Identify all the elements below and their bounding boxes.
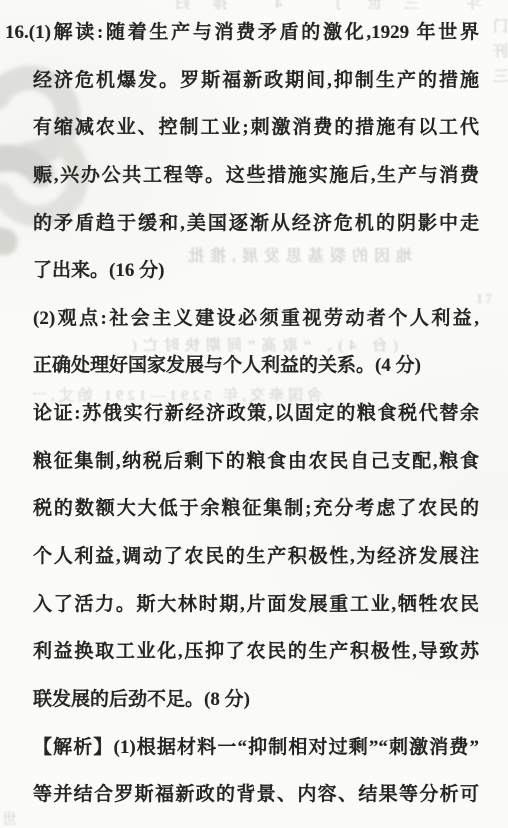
text-line-answer-2-start: (2)观点:社会主义建设必须重视劳动者个人利益, (33, 295, 479, 343)
text-line: 个人利益,调动了农民的生产积极性,为经济发展注 (33, 533, 479, 581)
text-line: 的矛盾趋于缓和,美国逐渐从经济危机的阴影中走 (33, 200, 479, 248)
text-line: 论证:苏俄实行新经济政策,以固定的粮食税代替余 (33, 390, 479, 438)
text-line-analysis-start: 【解析】(1)根据材料一“抑制相对过剩”“刺激消费” (33, 724, 479, 772)
text-line: 利益换取工业化,压抑了农民的生产积极性,导致苏 (33, 628, 479, 676)
text-line-score-16: 了出来。(16 分) (33, 247, 479, 295)
analysis-label: 【解析】 (33, 737, 114, 758)
text-line: 入了活力。斯大林时期,片面发展重工业,牺牲农民 (33, 581, 479, 629)
text-line: 赈,兴办公共工程等。这些措施实施后,生产与消费 (33, 152, 479, 200)
text-line: 有缩减农业、控制工业;刺激消费的措施有以工代 (33, 104, 479, 152)
text-line: 粮征集制,纳税后剩下的粮食由农民自己支配,粮食 (33, 438, 479, 486)
text-line: 税的数额大大低于余粮征集制;充分考虑了农民的 (33, 485, 479, 533)
text-line-answer-1-start: 16.(1)解读:随着生产与消费矛盾的激化,1929 年世界 (5, 9, 479, 57)
answer-text-block: 16.(1)解读:随着生产与消费矛盾的激化,1929 年世界 经济危机爆发。罗斯… (5, 9, 479, 819)
analysis-text: (1)根据材料一“抑制相对过剩”“刺激消费” (114, 737, 479, 758)
scanned-answer-page: 斗 三世了 4 排归 门刊三 地因的裂基思发展,推批 17 (台 4)、“取高”… (0, 0, 508, 828)
bleed-text: 门刊三 (489, 18, 508, 148)
text-line-score-8: 联发展的后劲不足。(8 分) (33, 676, 479, 724)
text-line: 等并结合罗斯福新政的背景、内容、结果等分析可得。 (33, 771, 479, 819)
text-line-score-4: 正确处理好国家发展与个人利益的关系。(4 分) (33, 342, 479, 390)
text-line: 经济危机爆发。罗斯福新政期间,抑制生产的措施 (33, 57, 479, 105)
